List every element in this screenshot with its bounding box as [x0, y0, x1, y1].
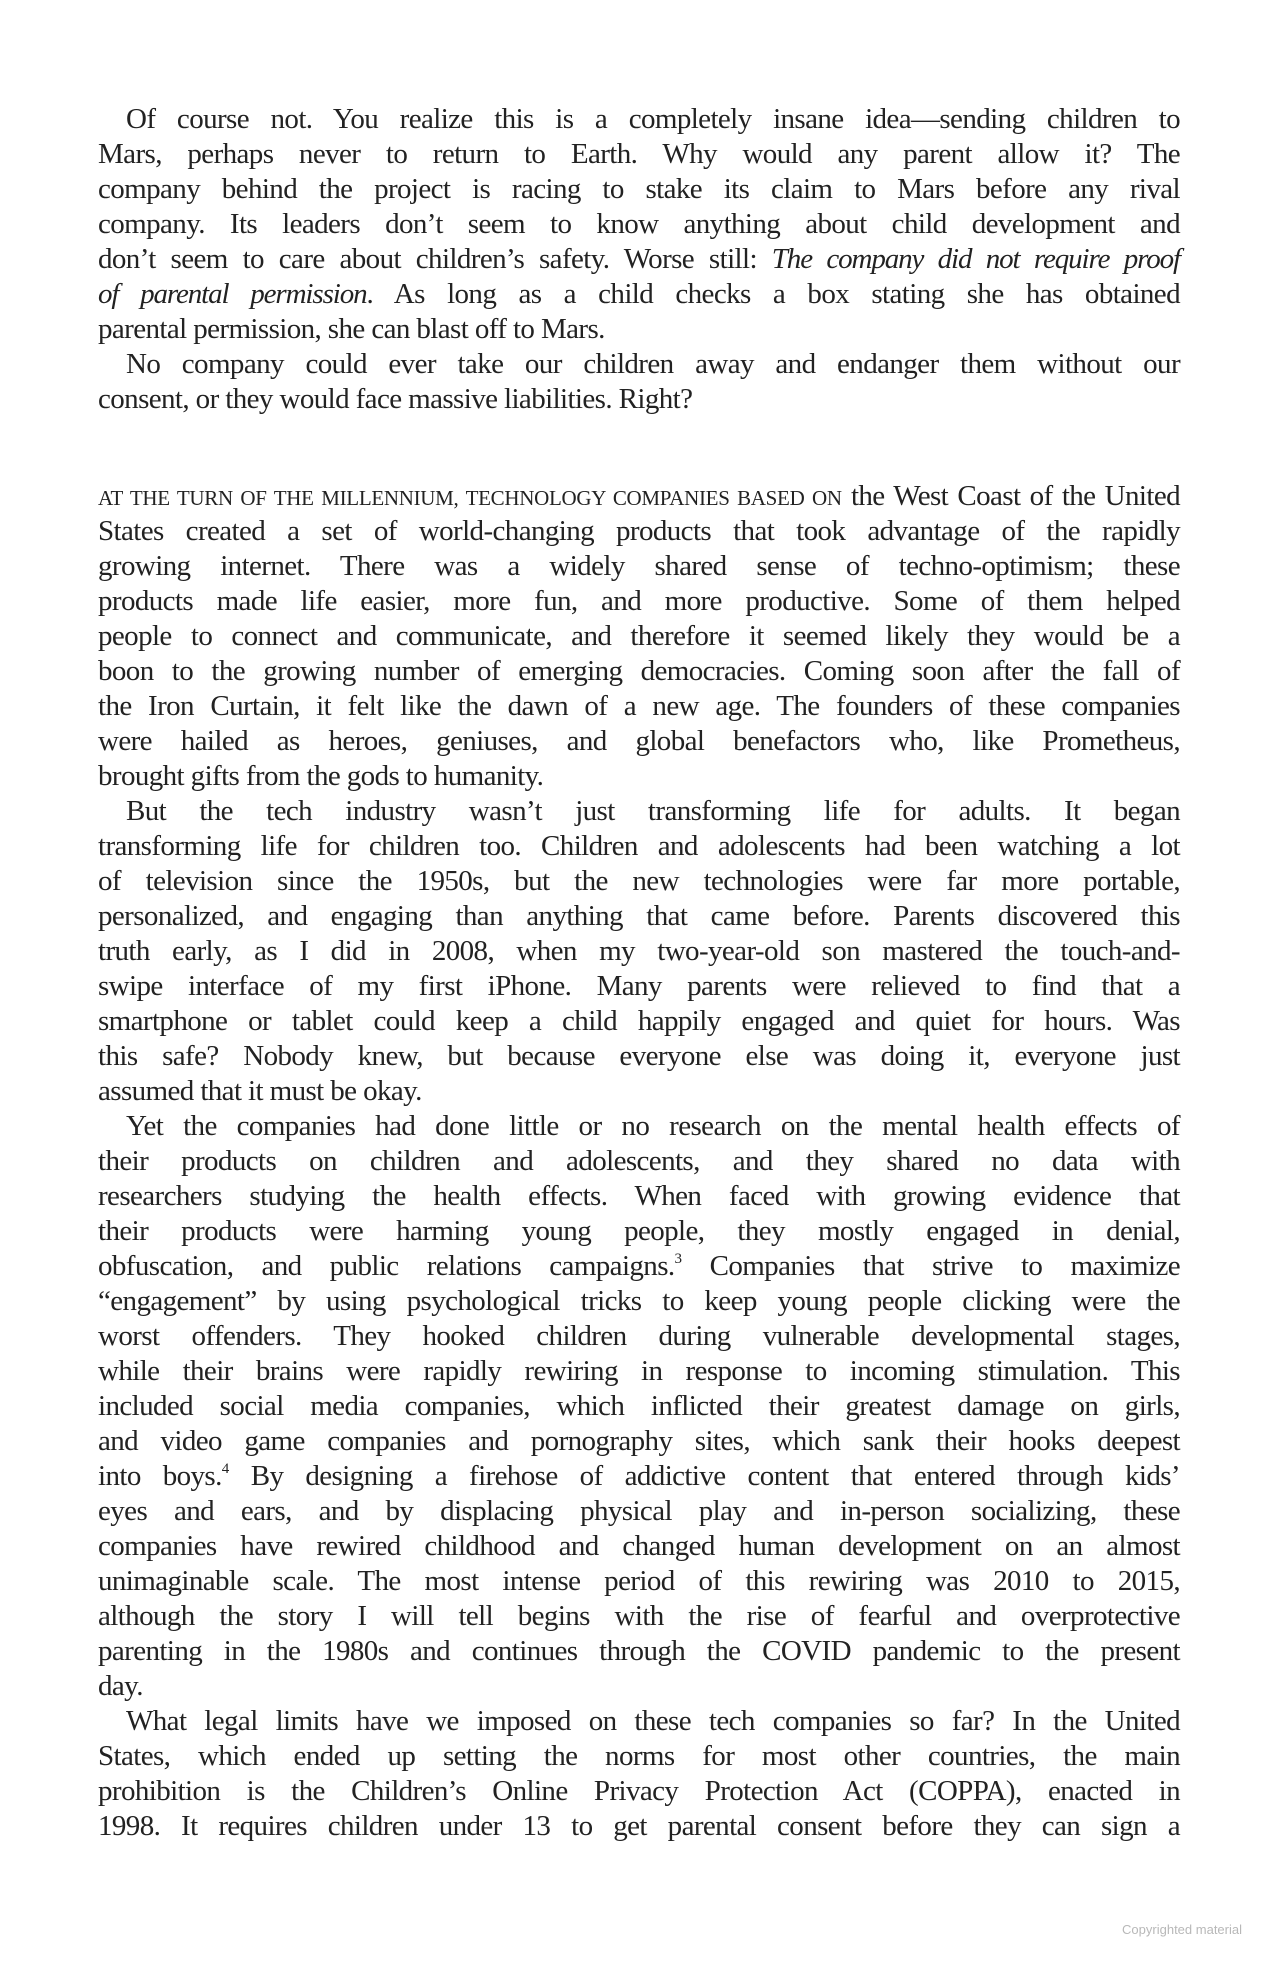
text-line: while their brains were rapidly rewiring…	[98, 1354, 1180, 1389]
text-line: were hailed as heroes, geniuses, and glo…	[98, 724, 1180, 759]
paragraph: Of course not. You realize this is a com…	[98, 102, 1180, 347]
text-line: assumed that it must be okay.	[98, 1074, 1180, 1109]
paragraph: What legal limits have we imposed on the…	[98, 1704, 1180, 1844]
text-line: eyes and ears, and by displacing physica…	[98, 1494, 1180, 1529]
text-line: Yet the companies had done little or no …	[98, 1109, 1180, 1144]
text-line: companies have rewired childhood and cha…	[98, 1529, 1180, 1564]
text-line: don’t seem to care about children’s safe…	[98, 242, 1180, 277]
paragraph: No company could ever take our children …	[98, 347, 1180, 417]
text-line: unimaginable scale. The most intense per…	[98, 1564, 1180, 1599]
text-line: transforming life for children too. Chil…	[98, 829, 1180, 864]
text-run: By designing a firehose of addictive con…	[229, 1460, 1180, 1492]
book-page-text: Of course not. You realize this is a com…	[98, 102, 1180, 1844]
text-line: of parental permission. As long as a chi…	[98, 277, 1180, 312]
text-line: swipe interface of my first iPhone. Many…	[98, 969, 1180, 1004]
text-line: of television since the 1950s, but the n…	[98, 864, 1180, 899]
text-run: obfuscation, and public relations campai…	[98, 1250, 675, 1282]
text-line: worst offenders. They hooked children du…	[98, 1319, 1180, 1354]
text-line: But the tech industry wasn’t just transf…	[98, 794, 1180, 829]
text-line: parenting in the 1980s and continues thr…	[98, 1634, 1180, 1669]
text-run: . As long as a child checks a box statin…	[367, 278, 1180, 310]
text-run: Companies that strive to maximize	[681, 1250, 1180, 1282]
text-line: personalized, and engaging than anything…	[98, 899, 1180, 934]
text-line: What legal limits have we imposed on the…	[98, 1704, 1180, 1739]
text-line: included social media companies, which i…	[98, 1389, 1180, 1424]
text-line: their products were harming young people…	[98, 1214, 1180, 1249]
text-line: truth early, as I did in 2008, when my t…	[98, 934, 1180, 969]
text-line: the Iron Curtain, it felt like the dawn …	[98, 689, 1180, 724]
italic-emphasis: The company did not require proof	[772, 243, 1180, 275]
text-line: their products on children and adolescen…	[98, 1144, 1180, 1179]
text-line: researchers studying the health effects.…	[98, 1179, 1180, 1214]
copyright-watermark: Copyrighted material	[1122, 1922, 1242, 1937]
text-line: boon to the growing number of emerging d…	[98, 654, 1180, 689]
italic-emphasis: of parental permission	[98, 278, 367, 310]
text-line: into boys.4 By designing a firehose of a…	[98, 1459, 1180, 1494]
paragraph: Yet the companies had done little or no …	[98, 1109, 1180, 1704]
paragraph: AT THE TURN OF THE MILLENNIUM, TECHNOLOG…	[98, 479, 1180, 794]
text-line: No company could ever take our children …	[98, 347, 1180, 382]
text-line: Mars, perhaps never to return to Earth. …	[98, 137, 1180, 172]
text-line: AT THE TURN OF THE MILLENNIUM, TECHNOLOG…	[98, 479, 1180, 514]
text-line: smartphone or tablet could keep a child …	[98, 1004, 1180, 1039]
footnote-marker[interactable]: 4	[222, 1461, 229, 1477]
text-run: the West Coast of the United	[842, 480, 1180, 512]
text-line: consent, or they would face massive liab…	[98, 382, 1180, 417]
text-line: States, which ended up setting the norms…	[98, 1739, 1180, 1774]
text-line: and video game companies and pornography…	[98, 1424, 1180, 1459]
text-line: obfuscation, and public relations campai…	[98, 1249, 1180, 1284]
text-line: although the story I will tell begins wi…	[98, 1599, 1180, 1634]
text-line: States created a set of world-changing p…	[98, 514, 1180, 549]
text-line: this safe? Nobody knew, but because ever…	[98, 1039, 1180, 1074]
text-line: prohibition is the Children’s Online Pri…	[98, 1774, 1180, 1809]
text-line: growing internet. There was a widely sha…	[98, 549, 1180, 584]
small-caps-lead: AT THE TURN OF THE MILLENNIUM, TECHNOLOG…	[98, 486, 842, 510]
text-line: parental permission, she can blast off t…	[98, 312, 1180, 347]
text-line: brought gifts from the gods to humanity.	[98, 759, 1180, 794]
text-line: “engagement” by using psychological tric…	[98, 1284, 1180, 1319]
paragraph: But the tech industry wasn’t just transf…	[98, 794, 1180, 1109]
text-line: products made life easier, more fun, and…	[98, 584, 1180, 619]
text-line: company. Its leaders don’t seem to know …	[98, 207, 1180, 242]
section-break	[98, 417, 1180, 479]
text-line: people to connect and communicate, and t…	[98, 619, 1180, 654]
text-line: day.	[98, 1669, 1180, 1704]
text-line: 1998. It requires children under 13 to g…	[98, 1809, 1180, 1844]
text-line: Of course not. You realize this is a com…	[98, 102, 1180, 137]
text-line: company behind the project is racing to …	[98, 172, 1180, 207]
text-run: into boys.	[98, 1460, 222, 1492]
text-run: don’t seem to care about children’s safe…	[98, 243, 772, 275]
